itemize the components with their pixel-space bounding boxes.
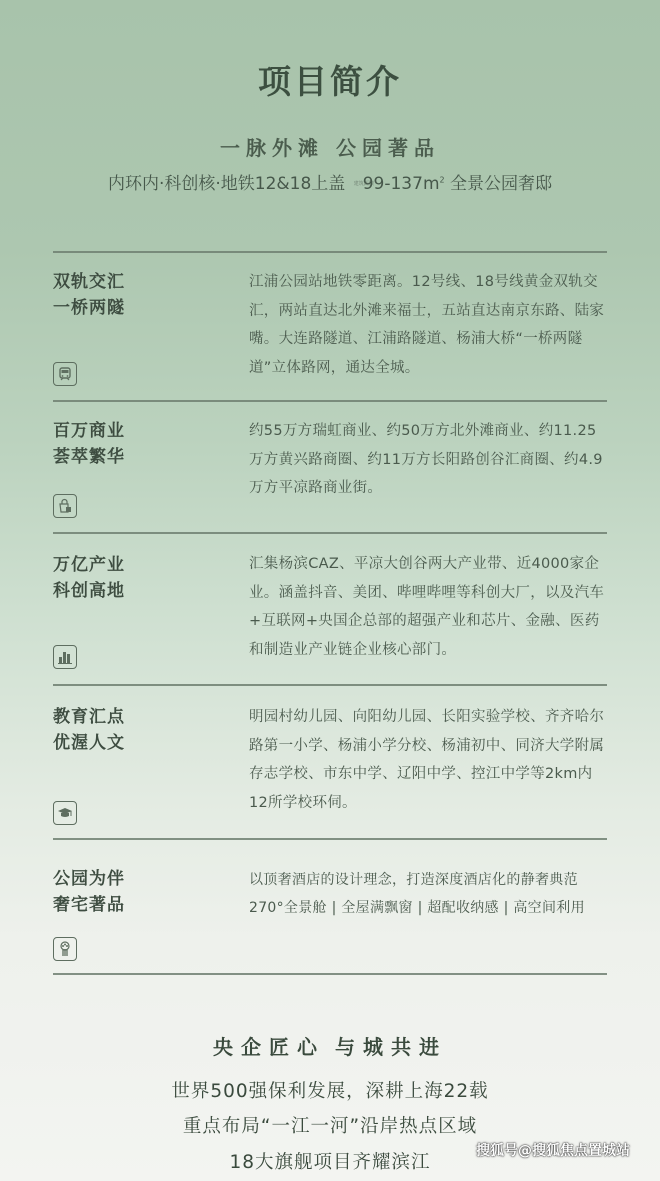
tagline: 一脉外滩公园著品 [0,132,660,161]
tagline-right: 公园著品 [336,136,440,160]
graduation-cap-icon [53,801,77,825]
section-title-line2: 科创高地 [53,578,125,604]
subline: 内环内·科创核·地铁12&18上盖 建筑面积99-137m2 全景公园奢邸 [0,169,660,194]
section-title-line1: 万亿产业 [53,552,125,578]
buildings-icon [53,645,77,669]
divider [53,838,607,840]
section-title-line2: 一桥两隧 [53,295,125,321]
section-title-line2: 荟萃繁华 [53,444,125,470]
area-unit-sup: 2 [440,175,445,184]
train-icon [53,362,77,386]
slogan: 央企匠心与城共进 [0,1031,660,1060]
section-body-line1: 以顶奢酒店的设计理念，打造深度酒店化的静奢典范 [249,866,611,894]
section-body: 以顶奢酒店的设计理念，打造深度酒店化的静奢典范 270°全景舱 | 全屋满飘窗 … [249,866,611,922]
subline-suffix: 全景公园奢邸 [450,174,552,194]
closing-line: 重点布局“一江一河”沿岸热点区域 [0,1112,660,1138]
section-title: 公园为伴 奢宅著品 [53,866,125,918]
section-title-line1: 教育汇点 [53,704,125,730]
slogan-right: 与城共进 [335,1035,447,1059]
tree-icon [53,937,77,961]
watermark: 搜狐号@搜狐焦点置城站 [476,1140,630,1160]
section-title: 教育汇点 优渥人文 [53,704,125,756]
divider [53,684,607,686]
divider [53,400,607,402]
divider [53,251,607,253]
divider [53,532,607,534]
subline-prefix: 内环内·科创核·地铁12&18上盖 [108,174,345,194]
divider [53,973,607,975]
area-range: 99-137 [363,174,423,194]
section-body: 汇集杨滨CAZ、平凉大创谷两大产业带、近4000家企业。涵盖抖音、美团、哔哩哔哩… [249,550,611,664]
section-body: 约55万方瑞虹商业、约50万方北外滩商业、约11.25万方黄兴路商圈、约11万方… [249,417,611,503]
area-label: 建筑面积 [354,181,360,187]
section-title: 万亿产业 科创高地 [53,552,125,604]
section-title-line1: 公园为伴 [53,866,125,892]
slogan-left: 央企匠心 [213,1035,325,1059]
section-body-line2: 270°全景舱 | 全屋满飘窗 | 超配收纳感 | 高空间利用 [249,894,611,922]
shopping-bag-icon [53,494,77,518]
section-title-line2: 优渥人文 [53,730,125,756]
section-title-line1: 双轨交汇 [53,269,125,295]
section-title: 百万商业 荟萃繁华 [53,418,125,470]
tagline-left: 一脉外滩 [220,136,324,160]
page-title: 项目简介 [0,56,660,103]
section-title: 双轨交汇 一桥两隧 [53,269,125,321]
section-body: 江浦公园站地铁零距离。12号线、18号线黄金双轨交汇，两站直达北外滩来福士，五站… [249,268,611,382]
section-title-line1: 百万商业 [53,418,125,444]
section-body: 明园村幼儿园、向阳幼儿园、长阳实验学校、齐齐哈尔路第一小学、杨浦小学分校、杨浦初… [249,703,611,817]
section-title-line2: 奢宅著品 [53,892,125,918]
area-unit: m [423,174,440,194]
closing-line: 世界500强保利发展，深耕上海22载 [0,1077,660,1103]
